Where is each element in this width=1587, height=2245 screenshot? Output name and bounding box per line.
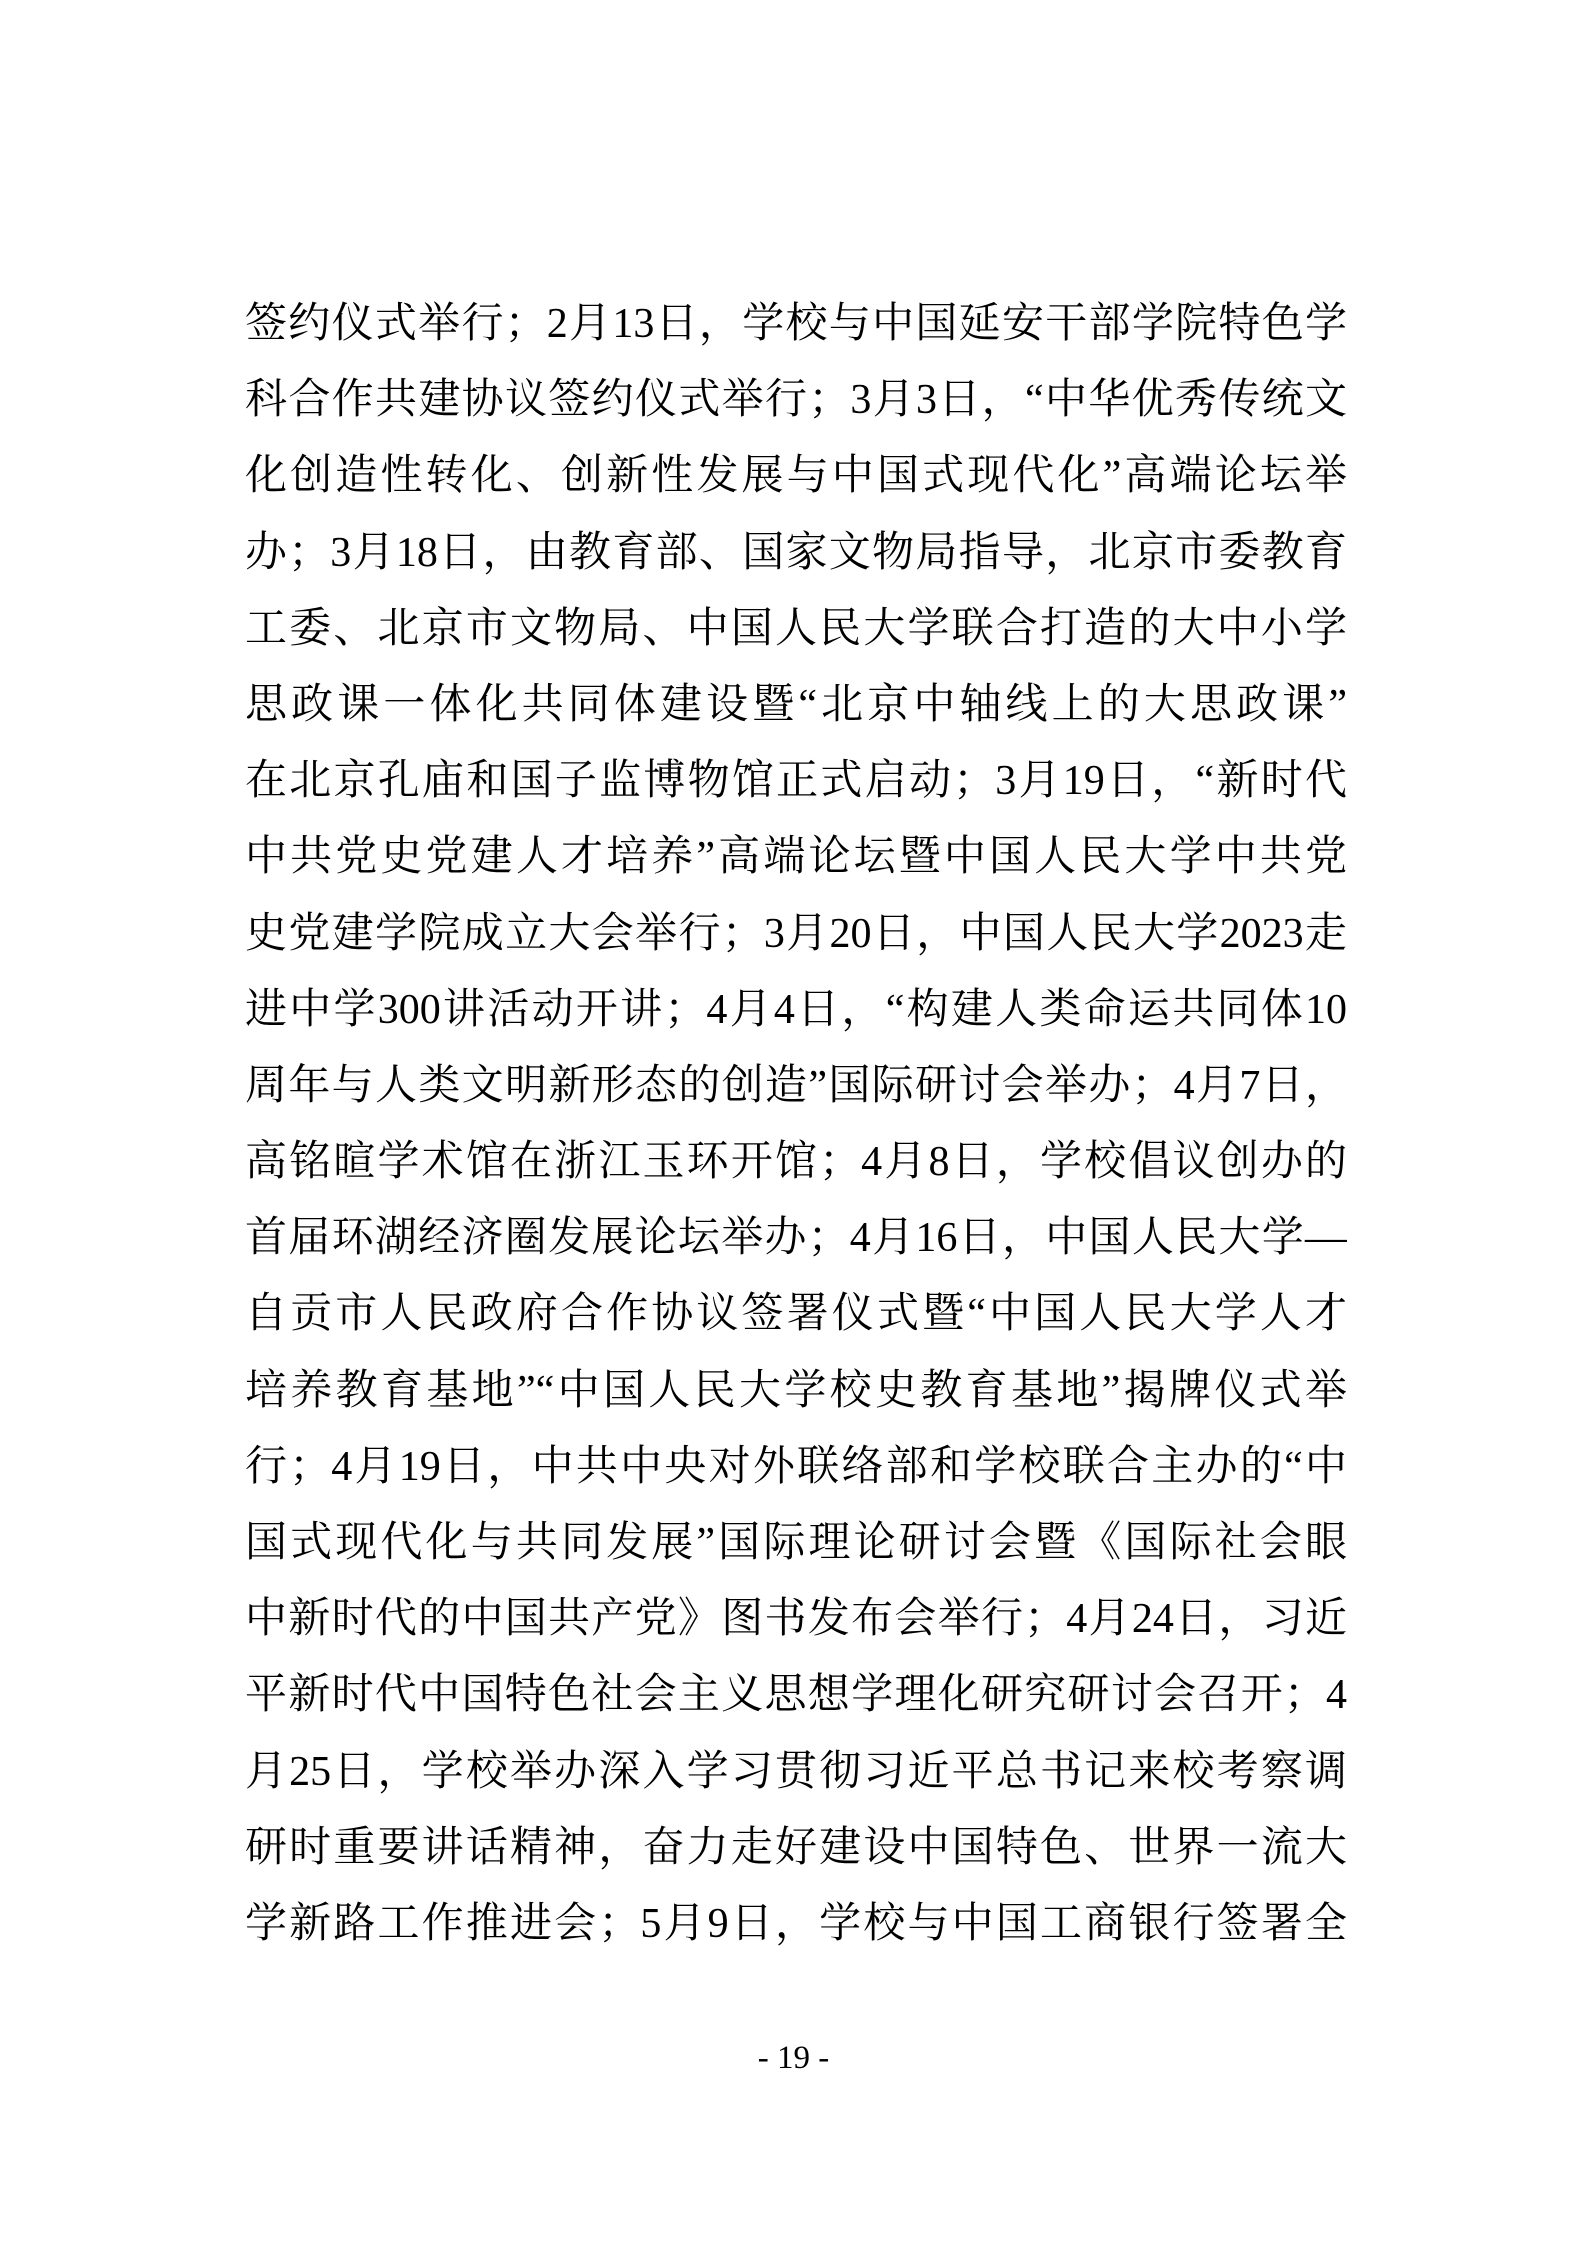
text-line: 思政课一体化共同体建设暨“北京中轴线上的大思政课” <box>245 667 1347 743</box>
text-line: 史党建学院成立大会举行；3月20日，中国人民大学2023走 <box>245 896 1347 972</box>
text-line: 科合作共建协议签约仪式举行；3月3日，“中华优秀传统文 <box>245 362 1347 438</box>
text-line: 月25日，学校举办深入学习贯彻习近平总书记来校考察调 <box>245 1734 1347 1810</box>
text-line: 研时重要讲话精神，奋力走好建设中国特色、世界一流大 <box>245 1810 1347 1886</box>
document-page: 签约仪式举行；2月13日，学校与中国延安干部学院特色学科合作共建协议签约仪式举行… <box>0 0 1587 2245</box>
text-line: 高铭暄学术馆在浙江玉环开馆；4月8日，学校倡议创办的 <box>245 1124 1347 1200</box>
text-line: 化创造性转化、创新性发展与中国式现代化”高端论坛举 <box>245 438 1347 514</box>
text-line: 签约仪式举行；2月13日，学校与中国延安干部学院特色学 <box>245 286 1347 362</box>
text-line: 周年与人类文明新形态的创造”国际研讨会举办；4月7日， <box>245 1048 1347 1124</box>
text-line: 中新时代的中国共产党》图书发布会举行；4月24日，习近 <box>245 1581 1347 1657</box>
body-paragraph: 签约仪式举行；2月13日，学校与中国延安干部学院特色学科合作共建协议签约仪式举行… <box>245 286 1347 1962</box>
text-line: 国式现代化与共同发展”国际理论研讨会暨《国际社会眼 <box>245 1505 1347 1581</box>
text-line: 首届环湖经济圈发展论坛举办；4月16日，中国人民大学— <box>245 1200 1347 1276</box>
text-line: 学新路工作推进会；5月9日，学校与中国工商银行签署全 <box>245 1886 1347 1962</box>
text-line: 中共党史党建人才培养”高端论坛暨中国人民大学中共党 <box>245 819 1347 895</box>
text-line: 培养教育基地”“中国人民大学校史教育基地”揭牌仪式举 <box>245 1353 1347 1429</box>
text-line: 行；4月19日，中共中央对外联络部和学校联合主办的“中 <box>245 1429 1347 1505</box>
text-line: 进中学300讲活动开讲；4月4日，“构建人类命运共同体10 <box>245 972 1347 1048</box>
page-number: - 19 - <box>0 2038 1587 2078</box>
text-line: 工委、北京市文物局、中国人民大学联合打造的大中小学 <box>245 591 1347 667</box>
text-line: 自贡市人民政府合作协议签署仪式暨“中国人民大学人才 <box>245 1276 1347 1352</box>
text-line: 平新时代中国特色社会主义思想学理化研究研讨会召开；4 <box>245 1657 1347 1733</box>
text-line: 办；3月18日，由教育部、国家文物局指导，北京市委教育 <box>245 515 1347 591</box>
text-line: 在北京孔庙和国子监博物馆正式启动；3月19日，“新时代 <box>245 743 1347 819</box>
